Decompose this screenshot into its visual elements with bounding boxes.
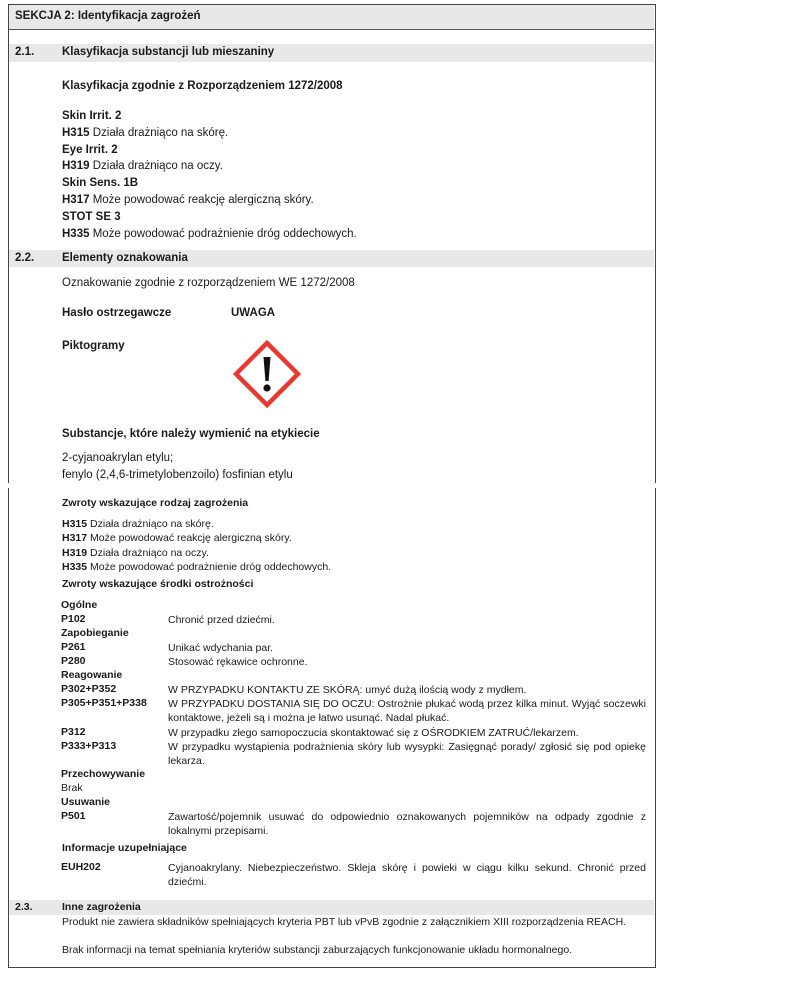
classification-statement: H319 Działa drażniąco na oczy.: [62, 158, 357, 175]
classification-list: Skin Irrit. 2 H315 Działa drażniąco na s…: [62, 108, 357, 242]
classification-class: Eye Irrit. 2: [62, 142, 357, 159]
precaution-text: W przypadku złego samopoczucia skontakto…: [168, 726, 646, 740]
substances-list: 2-cyjanoakrylan etylu; fenylo (2,4,6-tri…: [62, 450, 293, 484]
substance-item: fenylo (2,4,6-trimetylobenzoilo) fosfini…: [62, 467, 293, 484]
signal-word-value: UWAGA: [231, 307, 275, 319]
signal-word-label: Hasło ostrzegawcze: [62, 307, 171, 319]
classification-statement: H315 Działa drażniąco na skórę.: [62, 125, 357, 142]
storage-value: Brak: [61, 782, 83, 794]
precaution-text: Stosować rękawice ochronne.: [168, 655, 646, 669]
hazard-statement: H315 Działa drażniąco na skórę.: [62, 517, 331, 531]
hazard-statement: H319 Działa drażniąco na oczy.: [62, 546, 331, 560]
other-hazards-text-1: Produkt nie zawiera składników spełniają…: [62, 915, 648, 929]
precaution-code: P312: [61, 726, 86, 738]
precaution-text: W przypadku wystąpienia podrażnienia skó…: [168, 740, 646, 769]
precaution-code: P261: [61, 641, 86, 653]
subsection-2-3-title: Inne zagrożenia: [62, 901, 141, 913]
classification-class: STOT SE 3: [62, 209, 357, 226]
precaution-code: P280: [61, 655, 86, 667]
subsection-2-1-title: Klasyfikacja substancji lub mieszaniny: [62, 46, 274, 58]
hazard-statement: H335 Może powodować podrażnienie dróg od…: [62, 560, 331, 574]
pictograms-label: Piktogramy: [62, 340, 125, 352]
classification-subtitle: Klasyfikacja zgodnie z Rozporządzeniem 1…: [62, 80, 343, 92]
substance-item: 2-cyjanoakrylan etylu;: [62, 450, 293, 467]
section-title: SEKCJA 2: Identyfikacja zagrożeń: [15, 10, 201, 22]
precaution-code: P102: [61, 613, 86, 625]
precaution-code: P302+P352: [61, 683, 116, 695]
precaution-text: W PRZYPADKU DOSTANIA SIĘ DO OCZU: Ostroż…: [168, 697, 646, 726]
classification-statement: H335 Może powodować podrażnienie dróg od…: [62, 226, 357, 243]
classification-statement: H317 Może powodować reakcję alergiczną s…: [62, 192, 357, 209]
supplementary-info-label: Informacje uzupełniające: [62, 842, 187, 854]
document-frame-top: [8, 4, 656, 483]
precautionary-statements-label: Zwroty wskazujące środki ostrożności: [62, 578, 253, 590]
subsection-2-1-number: 2.1.: [15, 46, 34, 58]
precaution-group-storage: Przechowywanie: [61, 768, 145, 780]
precaution-group-response: Reagowanie: [61, 669, 122, 681]
classification-class: Skin Irrit. 2: [62, 108, 357, 125]
precaution-group-general: Ogólne: [61, 599, 97, 611]
hazard-statements-list: H315 Działa drażniąco na skórę. H317 Moż…: [62, 517, 331, 575]
supplementary-code: EUH202: [61, 861, 101, 873]
precaution-code: P305+P351+P338: [61, 697, 147, 709]
hazard-statements-label: Zwroty wskazujące rodzaj zagrożenia: [62, 497, 248, 509]
precaution-code: P333+P313: [61, 740, 116, 752]
subsection-2-2-number: 2.2.: [15, 252, 34, 264]
precaution-text: Zawartość/pojemnik usuwać do odpowiednio…: [168, 810, 646, 839]
subsection-2-3-number: 2.3.: [15, 901, 33, 913]
other-hazards-text-2: Brak informacji na temat spełniania kryt…: [62, 944, 572, 956]
substances-label: Substancje, które należy wymienić na ety…: [62, 428, 320, 440]
hazard-statement: H317 Może powodować reakcję alergiczną s…: [62, 531, 331, 545]
precaution-text: Chronić przed dziećmi.: [168, 613, 646, 627]
classification-class: Skin Sens. 1B: [62, 175, 357, 192]
precaution-group-prevention: Zapobieganie: [61, 627, 129, 639]
precaution-code: P501: [61, 810, 86, 822]
precaution-text: W PRZYPADKU KONTAKTU ZE SKÓRĄ: umyć dużą…: [168, 683, 646, 697]
subsection-2-2-title: Elementy oznakowania: [62, 252, 188, 264]
supplementary-text: Cyjanoakrylany. Niebezpieczeństwo. Sklej…: [168, 861, 646, 890]
ghs07-exclamation-mark-icon: [233, 340, 301, 408]
labelling-intro: Oznakowanie zgodnie z rozporządzeniem WE…: [62, 277, 355, 289]
precaution-text: Unikać wdychania par.: [168, 641, 646, 655]
precaution-group-disposal: Usuwanie: [61, 796, 110, 808]
